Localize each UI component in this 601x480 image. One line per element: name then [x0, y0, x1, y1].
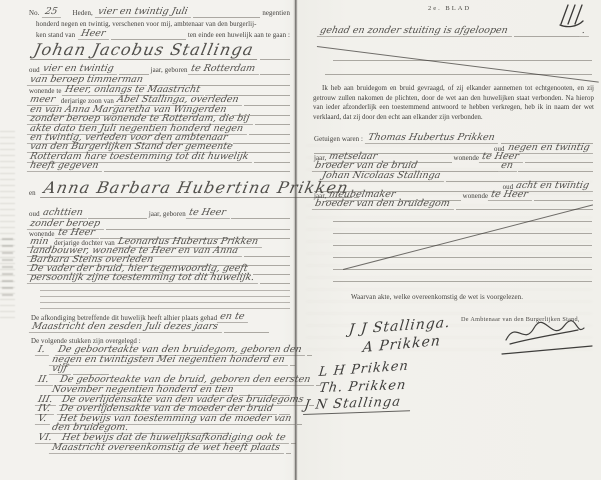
- signature: J N Stallinga: [303, 394, 412, 415]
- signature: Th. Prikken: [318, 378, 407, 396]
- signatures-block: J J Stallinga.A PrikkenL H PrikkenTh. Pr…: [0, 0, 601, 480]
- signature: A Prikken: [362, 333, 442, 356]
- signature: L H Prikken: [318, 359, 410, 380]
- document-scan: 2e. BLAD No.25Heden,vier en twintig Juli…: [0, 0, 601, 480]
